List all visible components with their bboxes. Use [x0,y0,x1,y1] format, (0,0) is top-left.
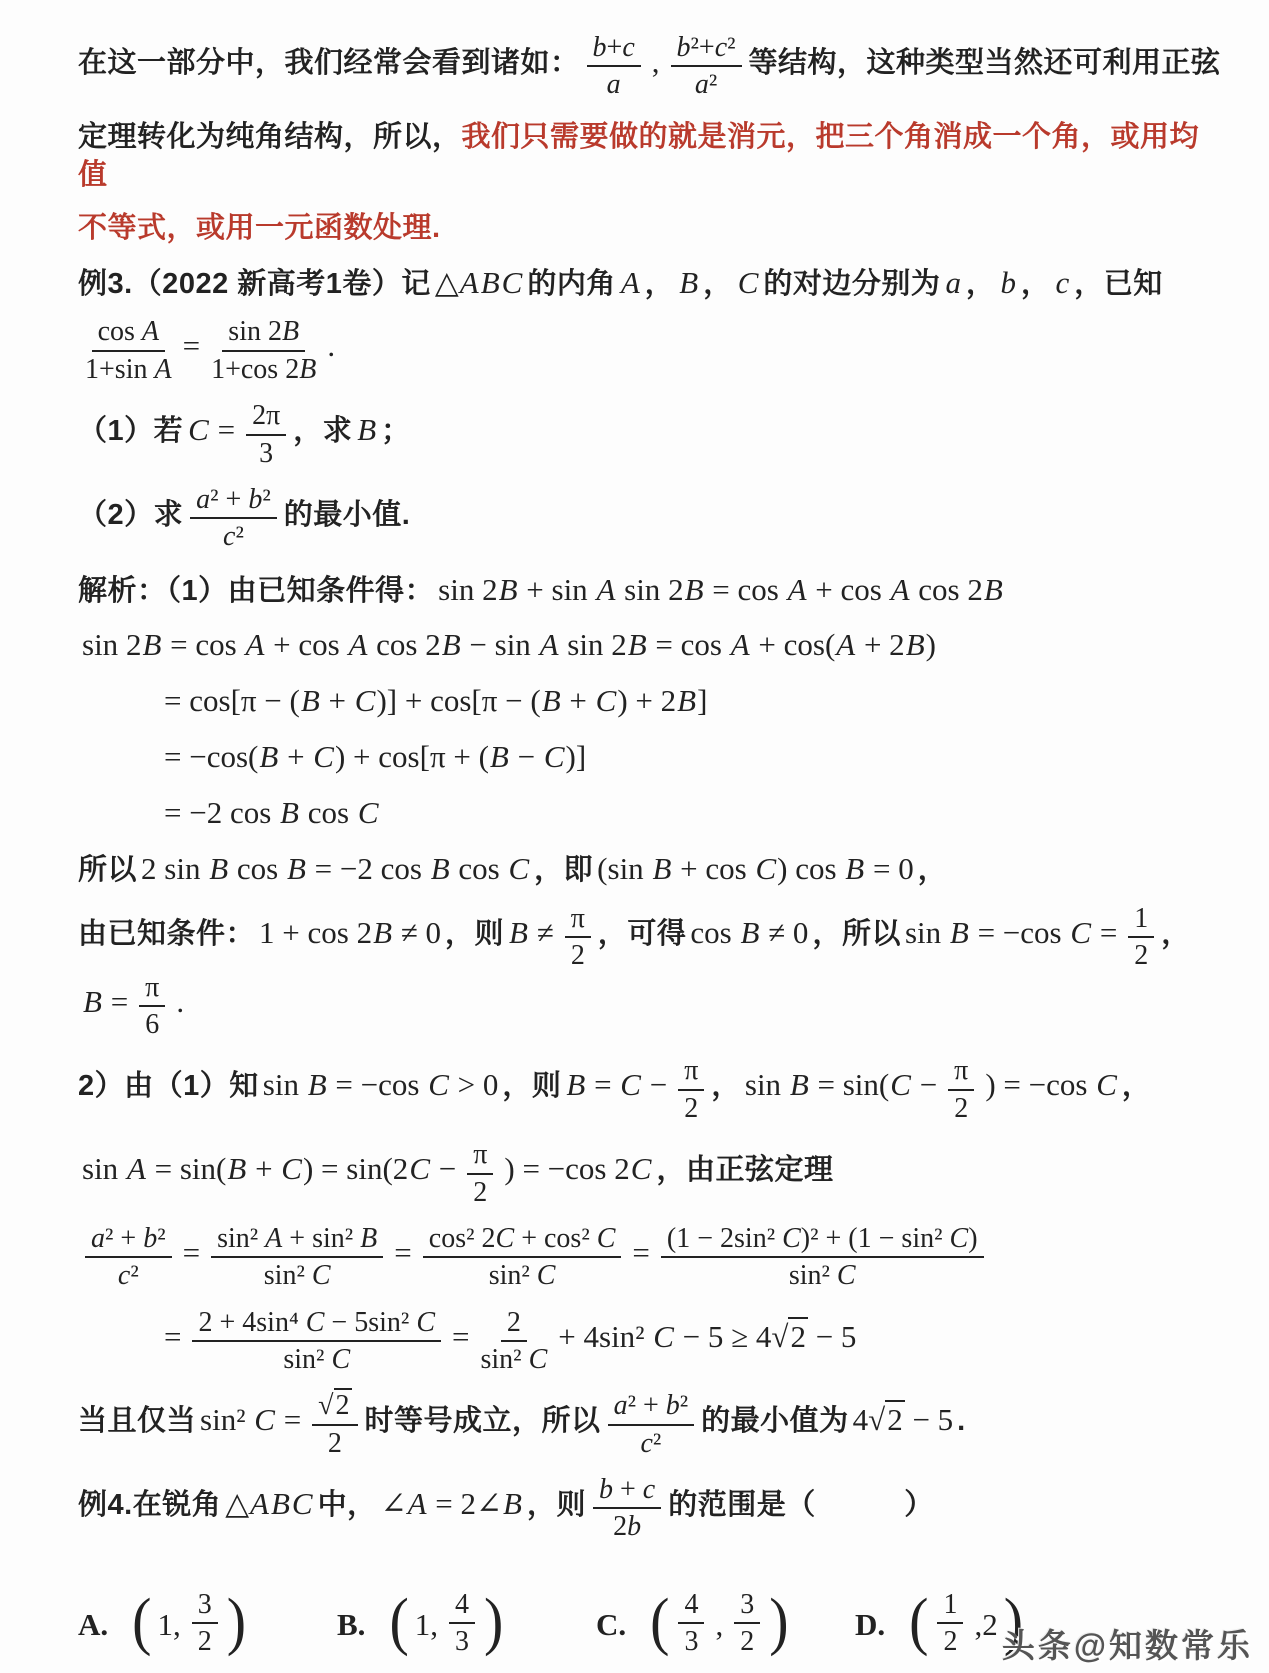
math-text: sin B = −cos C = [905,915,1117,950]
fraction-denominator: 2 [328,1426,342,1459]
cn-text: ，则 [527,1489,586,1521]
cn-text: 在这一部分中，我们经常会看到诸如： [78,47,580,79]
fraction-denominator: 1+cos 2B [211,352,316,385]
math-text: sin 2B + sin A sin 2B = cos A + cos A co… [438,572,1004,607]
fraction-denominator: sin² C [283,1342,350,1375]
fraction-numerator: 2 [501,1307,527,1342]
math-text: B [678,265,699,300]
fraction-denominator: c² [640,1426,661,1459]
cn-text: ， [1122,1070,1152,1102]
cn-text: 的内角 [527,268,616,300]
cn-text: 记 [401,268,431,300]
example3-equation: cos A1+sin A=sin 2B1+cos 2B. [78,318,1227,387]
math-text: ,2 [974,1605,997,1646]
fraction: 12 [937,1589,963,1658]
math-text: = cos[π − (B + C)] + cos[π − (B + C) + 2… [164,683,707,718]
math-text: = [452,1319,469,1354]
fraction-numerator: a² + b² [608,1390,695,1425]
cn-text: 的对边分别为 [763,268,940,300]
math-text: ) = −cos 2C [504,1151,652,1186]
red-emphasis-text: 不等式，或用一元函数处理. [78,212,441,244]
cn-text: ， [703,268,733,300]
math-text: = −2 cos B cos C [164,795,380,830]
math-text: , [652,44,660,79]
fraction: 43 [678,1589,704,1658]
math-text: 2 sin B cos B = −2 cos B cos C [141,851,530,886]
fraction-numerator: 1 [937,1589,963,1624]
math-text: C [737,265,760,300]
solution-step7: 由已知条件：1 + cos 2B ≠ 0，则B ≠π2，可得cos B ≠ 0，… [78,905,1227,1042]
fraction-denominator: 2 [571,938,585,971]
fraction: a² + b²c² [85,1223,172,1292]
math-text: △ABC [225,1486,313,1521]
fraction-numerator: π [678,1055,704,1090]
fraction: sin 2B1+cos 2B [211,316,316,385]
math-text: 4√2 − 5 [853,1402,954,1437]
fraction-denominator: sin² C [789,1258,856,1291]
fraction: √22 [312,1390,357,1459]
choice-label: D. [855,1605,885,1646]
fraction-numerator: π [948,1055,974,1090]
cn-text: 在锐角 [133,1489,222,1521]
fraction: cos A1+sin A [85,316,172,385]
solution-step1: 解析：（1）由已知条件得：sin 2B + sin A sin 2B = cos… [78,570,1227,611]
document-content: 在这一部分中，我们经常会看到诸如：b+ca,b²+c²a²等结构，这种类型当然还… [78,34,1227,1659]
fraction-denominator: 1+sin A [85,352,172,385]
fraction-numerator: a² + b² [190,484,277,519]
math-text: = [632,1235,649,1270]
cn-text: ，所以 [812,918,901,950]
cn-text: 当且仅当 [78,1405,196,1437]
cn-text: . [957,1405,966,1437]
math-text: C = [187,412,235,447]
cn-text: ， [645,268,675,300]
math-text: = [183,1235,200,1270]
math-text: B = C − [565,1067,667,1102]
fraction: b + c2b [593,1474,661,1543]
cn-text: ， [918,854,948,886]
math-text: △ABC [435,265,523,300]
fraction-denominator: c² [118,1258,139,1291]
fraction: 2sin² C [480,1307,547,1376]
cn-text: ， [966,268,996,300]
fraction: 32 [192,1589,218,1658]
math-text: (sin B + cos C) cos B = 0 [597,851,914,886]
math-text: sin² C = [200,1402,301,1437]
sqrt-radical: √2 [318,1388,351,1421]
fraction: (1 − 2sin² C)² + (1 − sin² C)sin² C [661,1223,984,1292]
cn-text: ， [711,1070,741,1102]
fraction-numerator: π [139,972,165,1007]
cn-text: 中， [318,1489,377,1521]
fraction-numerator: π [565,903,591,938]
fraction: 43 [449,1589,475,1658]
cn-text: ，已知 [1074,268,1163,300]
fraction: π2 [678,1055,704,1124]
cn-text: 等结构，这种类型当然还可利用正弦 [749,47,1221,79]
fraction-numerator: a² + b² [85,1223,172,1258]
fraction: 12 [1128,903,1154,972]
math-text: . [327,328,335,363]
fraction-denominator: 2 [1134,938,1148,971]
math-text: ) = −cos C [985,1067,1118,1102]
fraction-denominator: 3 [455,1624,469,1657]
fraction-numerator: cos A [92,316,165,351]
document-page: 在这一部分中，我们经常会看到诸如：b+ca,b²+c²a²等结构，这种类型当然还… [0,0,1269,1673]
part2-step3: a² + b²c²=sin² A + sin² Bsin² C=cos² 2C … [78,1225,1227,1294]
fraction-denominator: 6 [145,1007,159,1040]
sqrt-radical: √2 [868,1400,905,1437]
fraction-denominator: sin² C [480,1342,547,1375]
math-text: cos B ≠ 0 [690,915,808,950]
math-text: 1 + cos 2B ≠ 0 [259,915,441,950]
cn-text: 的最小值为 [701,1405,849,1437]
math-text: B ≠ [508,915,554,950]
math-text: = [164,1319,181,1354]
intro-line-2: 定理转化为纯角结构，所以，我们只需要做的就是消元，把三个角消成一个角，或用均值 [78,118,1227,195]
cn-text-bold: 解析：（1）由已知条件得： [78,575,434,607]
cn-text: （1）若 [78,415,183,447]
cn-text: 时等号成立，所以 [365,1405,601,1437]
cn-text-bold: 2）由（1）知 [78,1070,259,1102]
choice-label: C. [596,1605,626,1646]
fraction: b²+c²a² [671,32,742,101]
fraction: π2 [565,903,591,972]
fraction-numerator: sin 2B [222,316,305,351]
fraction-numerator: 3 [192,1589,218,1624]
example4-statement: 例4.在锐角△ABC中，∠A = 2∠B，则b + c2b的范围是（ ） [78,1476,1227,1545]
fraction-numerator: (1 − 2sin² C)² + (1 − sin² C) [661,1223,984,1258]
fraction: b+ca [587,32,641,101]
cn-text: ，则 [445,918,504,950]
fraction-numerator: cos² 2C + cos² C [423,1223,622,1258]
cn-text: ，即 [534,854,593,886]
math-text: . [176,984,184,1019]
cn-text: ，则 [502,1070,561,1102]
fraction-numerator: b + c [593,1474,661,1509]
fraction-denominator: 3 [259,436,273,469]
fraction-numerator: 1 [1128,903,1154,938]
cn-text: ； [381,415,411,447]
fraction: a² + b²c² [190,484,277,553]
choice-A: A.(1,32) [78,1591,337,1660]
example3-part1: （1）若C =2π3，求B； [78,402,1227,471]
fraction-denominator: a [607,67,621,100]
math-text: 1, [415,1605,438,1646]
fraction-numerator: 3 [734,1589,760,1624]
cn-text: 的范围是（ ） [668,1489,934,1521]
solution-step2: sin 2B = cos A + cos A cos 2B − sin A si… [78,625,1227,666]
fraction-numerator: 4 [678,1589,704,1624]
fraction: 32 [734,1589,760,1658]
fraction-denominator: 2 [954,1091,968,1124]
example3-statement: 例3.（2022 新高考1卷）记△ABC的内角A，B，C的对边分别为a，b，c，… [78,263,1227,304]
math-text: B [356,412,377,447]
fraction-denominator: 2 [198,1624,212,1657]
fraction: 2 + 4sin⁴ C − 5sin² Csin² C [192,1307,441,1376]
fraction-denominator: sin² C [264,1258,331,1291]
solution-step5: = −2 cos B cos C [78,793,1227,834]
fraction-numerator: π [467,1139,493,1174]
solution-step3: = cos[π − (B + C)] + cos[π − (B + C) + 2… [78,681,1227,722]
fraction-denominator: sin² C [489,1258,556,1291]
fraction: π2 [467,1139,493,1208]
fraction: π2 [948,1055,974,1124]
math-text: 1, [157,1605,180,1646]
choice-label: B. [337,1605,365,1646]
math-text: sin A = sin(B + C) = sin(2C − [82,1151,456,1186]
choice-label: A. [78,1605,108,1646]
cn-text: ，求 [293,415,352,447]
cn-text-bold: 例3.（2022 新高考1卷） [78,268,401,300]
part2-step2: sin A = sin(B + C) = sin(2C −π2) = −cos … [78,1141,1227,1210]
fraction-numerator: b+c [587,32,641,67]
math-text: sin 2B = cos A + cos A cos 2B − sin A si… [82,627,936,662]
intro-line-1: 在这一部分中，我们经常会看到诸如：b+ca,b²+c²a²等结构，这种类型当然还… [78,34,1227,103]
fraction-numerator: b²+c² [671,32,742,67]
math-text: a [944,265,962,300]
cn-text: 的最小值. [284,499,411,531]
fraction: 2π3 [246,400,286,469]
part2-step4: =2 + 4sin⁴ C − 5sin² Csin² C=2sin² C+ 4s… [78,1309,1227,1378]
fraction: sin² A + sin² Bsin² C [211,1223,383,1292]
cn-text: 定理转化为纯角结构，所以， [78,121,462,153]
solution-step6: 所以2 sin B cos B = −2 cos B cos C，即(sin B… [78,849,1227,890]
fraction-denominator: 2 [473,1175,487,1208]
cn-text: ， [1021,268,1051,300]
choice-C: C.(43,32) [596,1591,855,1660]
watermark: 头条@知数常乐 [1002,1620,1253,1667]
fraction-numerator: 2 + 4sin⁴ C − 5sin² C [192,1307,441,1342]
fraction-denominator: 2 [740,1624,754,1657]
cn-text: ，由正弦定理 [656,1154,833,1186]
math-text: sin B = sin(C − [745,1067,937,1102]
math-text: = −cos(B + C) + cos[π + (B − C)] [164,739,586,774]
math-text: = [183,328,200,363]
fraction-denominator: a² [695,67,717,100]
math-text: c [1054,265,1070,300]
fraction-numerator: 4 [449,1589,475,1624]
part2-step1: 2）由（1）知sin B = −cos C > 0，则B = C −π2，sin… [78,1057,1227,1126]
math-text: b [999,265,1017,300]
math-text: B = [82,984,128,1019]
cn-text: ， [1161,918,1191,950]
sqrt-radical: √2 [771,1317,808,1354]
fraction-denominator: 2b [613,1509,641,1542]
choice-B: B.(1,43) [337,1591,596,1660]
cn-text: 所以 [78,854,137,886]
fraction: cos² 2C + cos² Csin² C [423,1223,622,1292]
fraction-numerator: sin² A + sin² B [211,1223,383,1258]
solution-step4: = −cos(B + C) + cos[π + (B − C)] [78,737,1227,778]
fraction: a² + b²c² [608,1390,695,1459]
math-text: , [715,1605,723,1646]
math-text: sin B = −cos C > 0 [263,1067,499,1102]
cn-text-bold: 例4. [78,1489,133,1521]
part2-step5: 当且仅当sin² C =√22时等号成立，所以a² + b²c²的最小值为4√2… [78,1392,1227,1461]
cn-text: 由已知条件： [78,918,255,950]
fraction-denominator: 3 [684,1624,698,1657]
fraction-numerator: √2 [312,1390,357,1425]
math-text: + 4sin² C − 5 ≥ 4√2 − 5 [558,1319,856,1354]
math-text: = [394,1235,411,1270]
cn-text: ，可得 [598,918,687,950]
example3-part2: （2）求a² + b²c²的最小值. [78,486,1227,555]
fraction-denominator: 2 [684,1091,698,1124]
math-text: ∠A = 2∠B [381,1486,523,1521]
intro-line-3: 不等式，或用一元函数处理. [78,209,1227,247]
fraction-denominator: c² [223,519,244,552]
cn-text: （2）求 [78,499,183,531]
fraction-denominator: 2 [943,1624,957,1657]
fraction-numerator: 2π [246,400,286,435]
fraction: π6 [139,972,165,1041]
math-text: A [620,265,641,300]
